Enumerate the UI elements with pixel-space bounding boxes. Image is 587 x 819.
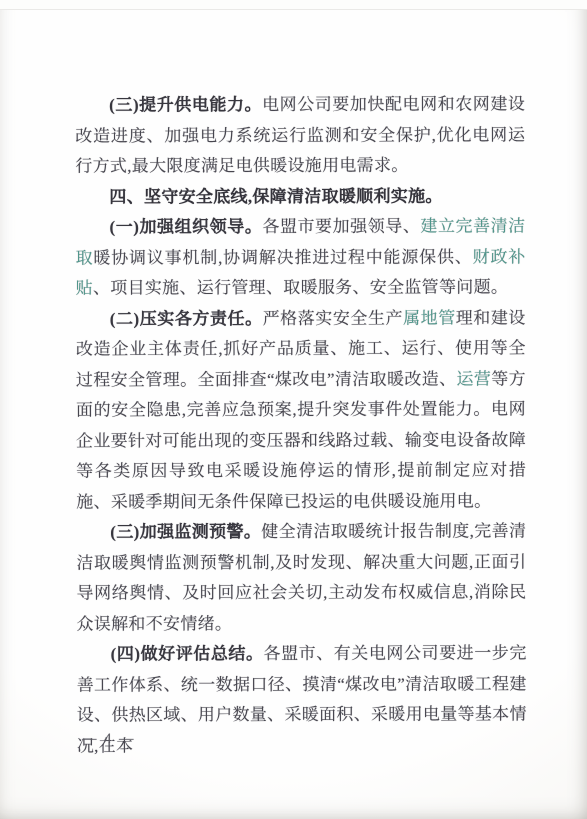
paragraph-head: (二)压实各方责任。 bbox=[110, 309, 263, 328]
paragraph-text-segment: 暖协调议事机制,协调解决推进过程中能源保供、 bbox=[93, 247, 472, 267]
paragraph-head: (三)提升供电能力。 bbox=[109, 95, 262, 114]
paragraph-text-segment: 、项目实施、运行管理、取暖服务、安全监管等问题。 bbox=[93, 277, 508, 297]
paragraph: (三)加强监测预警。健全清洁取暖统计报告制度,完善清洁取暖舆情监测预警机制,及时… bbox=[76, 516, 526, 639]
paragraph-head: 四、坚守安全底线,保障清洁取暖顺利实施。 bbox=[109, 186, 442, 206]
paragraph-head: (三)加强监测预警。 bbox=[110, 522, 261, 541]
paragraph-head: (一)加强组织领导。 bbox=[109, 217, 262, 236]
paragraph: (二)压实各方责任。严格落实安全生产属地管理和建设改造企业主体责任,抓好产品质量… bbox=[76, 303, 527, 518]
scanned-document-page: (三)提升供电能力。电网公司要加快配电网和农网建设改造进度、加强电力系统运行监测… bbox=[0, 0, 587, 819]
paragraph-text-segment: 各盟市要加强领导、 bbox=[262, 217, 420, 236]
section-heading: 四、坚守安全底线,保障清洁取暖顺利实施。 bbox=[75, 181, 525, 213]
page-number: — 4 — bbox=[82, 731, 136, 748]
paragraph-text-segment: 运营 bbox=[456, 369, 491, 388]
paragraph: (三)提升供电能力。电网公司要加快配电网和农网建设改造进度、加强电力系统运行监测… bbox=[75, 89, 525, 182]
paragraph-text-segment: 等方面的安全隐患,完善应急预案,提升突发事件处置能力。电网企业要针对可能出现的变… bbox=[76, 369, 526, 511]
paragraph-text-segment: 严格落实安全生产 bbox=[263, 308, 404, 327]
document-body: (三)提升供电能力。电网公司要加快配电网和农网建设改造进度、加强电力系统运行监测… bbox=[75, 89, 527, 761]
paragraph: (四)做好评估总结。各盟市、有关电网公司要进一步完善工作体系、统一数据口径、摸清… bbox=[77, 638, 527, 761]
paragraph-text-segment: 属地管 bbox=[403, 308, 456, 327]
paragraph-head: (四)做好评估总结。 bbox=[111, 644, 264, 663]
paragraph: (一)加强组织领导。各盟市要加强领导、建立完善清洁取暖协调议事机制,协调解决推进… bbox=[75, 211, 525, 304]
